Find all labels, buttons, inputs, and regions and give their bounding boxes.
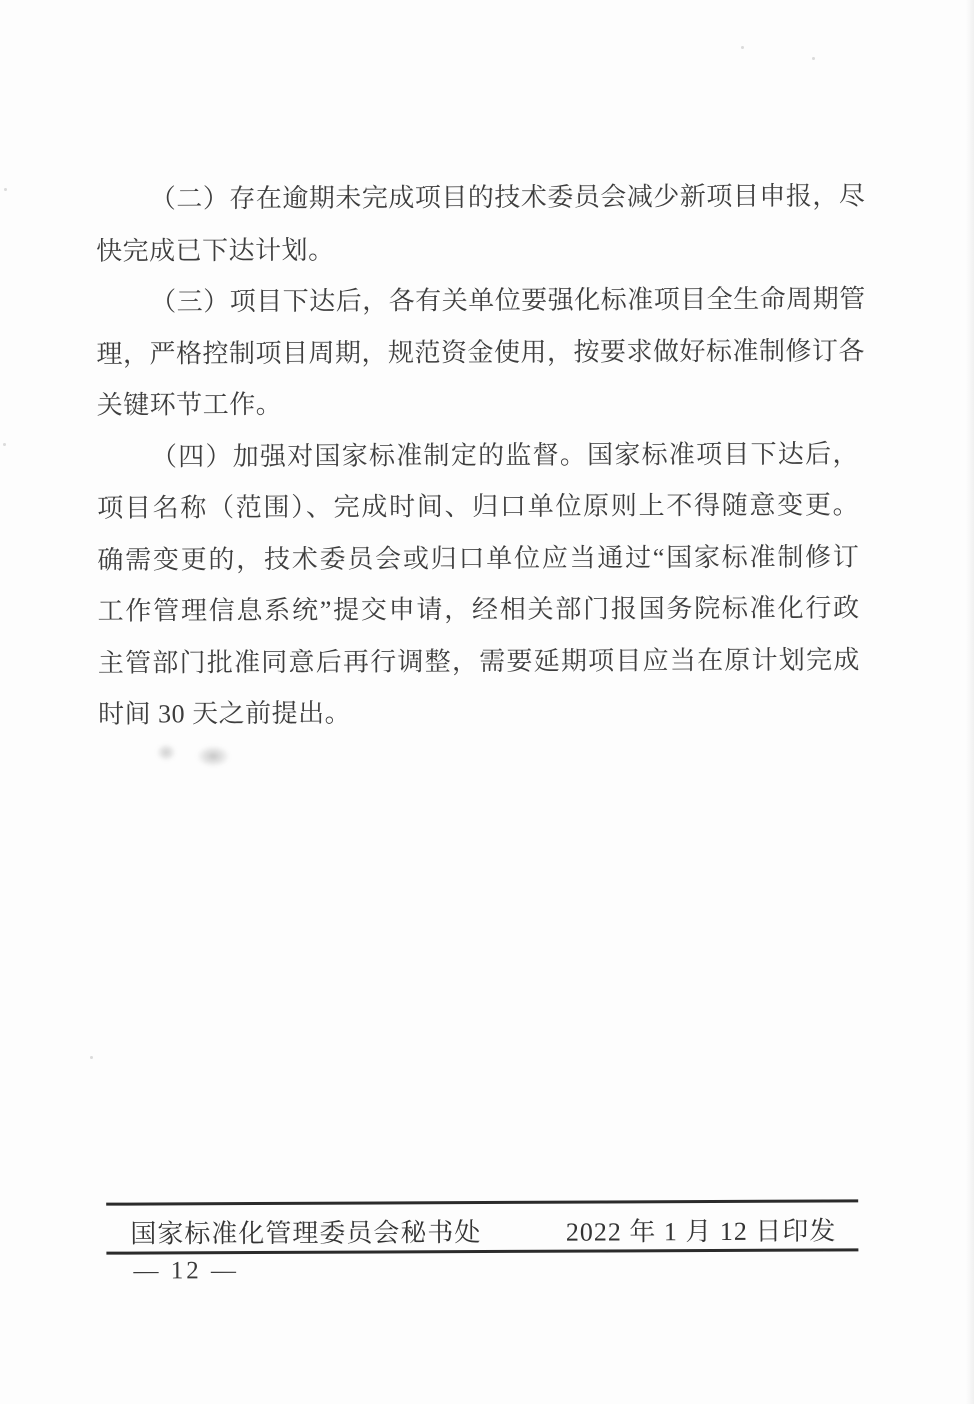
body-line: 工作管理信息系统”提交申请，经相关部门报国务院标准化行政	[97, 582, 859, 637]
body-line: 时间 30 天之前提出。	[98, 685, 860, 740]
body-line: 确需变更的，技术委员会或归口单位应当通过“国家标准制修订	[97, 531, 859, 586]
body-line: 理，严格控制项目周期，规范资金使用，按要求做好标准制修订各	[96, 325, 858, 380]
body-line: 快完成已下达计划。	[96, 222, 858, 277]
body-text-block: （二）存在逾期未完成项目的技术委员会减少新项目申报，尽 快完成已下达计划。 （三…	[96, 170, 860, 740]
footer-issuer: 国家标准化管理委员会秘书处	[106, 1212, 481, 1251]
body-line: （三）项目下达后，各有关单位要强化标准项目全生命周期管	[96, 273, 858, 328]
body-line: 主管部门批准同意后再行调整，需要延期项目应当在原计划完成	[98, 634, 860, 689]
smudge-mark	[196, 745, 230, 767]
body-line: （二）存在逾期未完成项目的技术委员会减少新项目申报，尽	[96, 170, 858, 225]
footer-rule-top	[106, 1199, 858, 1205]
body-line: （四）加强对国家标准制定的监督。国家标准项目下达后，	[97, 428, 859, 483]
footer-print-date: 2022 年 1 月 12 日印发	[566, 1210, 859, 1248]
smudge-mark	[156, 743, 176, 761]
scanned-content: （二）存在逾期未完成项目的技术委员会减少新项目申报，尽 快完成已下达计划。 （三…	[0, 0, 974, 1404]
body-line: 项目名称（范围）、完成时间、归口单位原则上不得随意变更。	[97, 479, 859, 534]
document-page: （二）存在逾期未完成项目的技术委员会减少新项目申报，尽 快完成已下达计划。 （三…	[0, 0, 974, 1404]
footer-row: 国家标准化管理委员会秘书处 2022 年 1 月 12 日印发	[106, 1210, 858, 1250]
page-number: — 12 —	[133, 1257, 239, 1285]
body-line: 关键环节工作。	[97, 376, 859, 431]
